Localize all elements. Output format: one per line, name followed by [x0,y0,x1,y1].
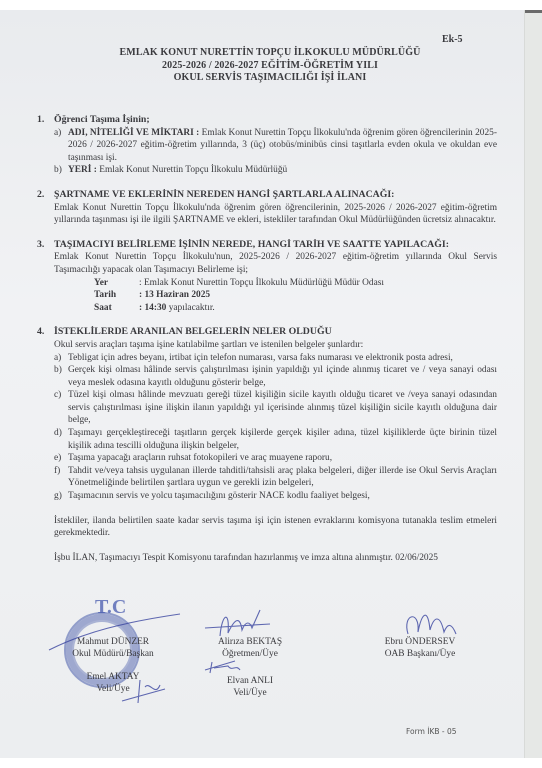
list-item: b)Gerçek kişi olması hâlinde servis çalı… [54,364,497,389]
closing-paragraph: İstekliler, ilanda belirtilen saate kada… [54,515,497,540]
title-line-2: 2025-2026 / 2026-2027 EĞİTİM-ÖĞRETİM YIL… [60,60,480,73]
list-item: e)Taşıma yapacağı araçların ruhsat fotok… [54,452,497,465]
list-item: c)Tüzel kişi olması hâlinde mevzuatı ger… [54,389,497,427]
signatory-teacher: Alirıza BEKTAŞ Öğretmen/Üye [195,636,305,660]
list-item: b) YERİ : Emlak Konut Nurettin Topçu İlk… [54,164,497,177]
list-item: f)Tahdit ve/veya tahsis uygulanan illerd… [54,465,497,490]
list-item: d)Taşımayı gerçekleştireceği taşıtların … [54,427,497,452]
signature-parent-2 [200,658,250,676]
title-line-1: EMLAK KONUT NURETTİN TOPÇU İLKOKULU MÜDÜ… [60,47,480,60]
signature-principal [45,612,185,652]
signatory-parent-2: Elvan ANLI Veli/Üye [195,675,305,699]
section-text: Emlak Konut Nurettin Topçu İlkokulu'nun,… [54,251,497,276]
document-title: EMLAK KONUT NURETTİN TOPÇU İLKOKULU MÜDÜ… [60,47,480,85]
section-4: 4.İSTEKLİLERDE ARANILAN BELGELERİN NELER… [37,326,497,502]
section-heading: İSTEKLİLERDE ARANILAN BELGELERİN NELER O… [54,326,332,339]
detail-date: Tarih: 13 Haziran 2025 [94,289,497,302]
item-key: ADI, NİTELİĞİ VE MİKTARI : [68,128,199,138]
section-2: 2.ŞARTNAME VE EKLERİNİN NEREDEN HANGİ ŞA… [37,189,497,227]
section-heading: ŞARTNAME VE EKLERİNİN NEREDEN HANGİ ŞART… [54,189,394,202]
list-item: a) ADI, NİTELİĞİ VE MİKTARI : Emlak Konu… [54,127,497,165]
item-key: YERİ : [68,165,97,175]
section-intro: Okul servis araçları taşıma işine katıla… [54,339,497,352]
form-code: Form İKB - 05 [406,727,457,736]
detail-time: Saat: 14:30 yapılacaktır. [94,302,497,315]
item-text: Emlak Konut Nurettin Topçu İlkokulu Müdü… [97,165,287,175]
section-number: 1. [37,114,54,127]
signature-teacher [200,608,280,638]
signature-oab [400,604,460,640]
section-heading: TAŞIMACIYI BELİRLEME İŞİNİN NEREDE, HANG… [54,239,449,252]
list-item: a)Tebligat için adres beyanı, irtibat iç… [54,352,497,365]
document-body: 1.Öğrenci Taşıma İşinin; a) ADI, NİTELİĞ… [37,114,497,564]
approval-paragraph: İşbu İLAN, Taşımacıyı Tespit Komisyonu t… [54,552,497,565]
section-heading: Öğrenci Taşıma İşinin; [54,114,150,127]
page-edge [524,10,542,758]
section-3: 3.TAŞIMACIYI BELİRLEME İŞİNİN NEREDE, HA… [37,239,497,315]
title-line-3: OKUL SERVİS TAŞIMACILIĞI İŞİ İLANI [60,72,480,85]
section-text: Emlak Konut Nurettin Topçu İlkokulu'nda … [54,202,497,227]
page-edge-shadow [525,10,542,13]
annex-label: Ek-5 [442,34,463,45]
section-1: 1.Öğrenci Taşıma İşinin; a) ADI, NİTELİĞ… [37,114,497,177]
list-item: g)Taşımacının servis ve yolcu taşımacılı… [54,490,497,503]
signature-parent-1 [120,675,170,705]
detail-location: Yer: Emlak Konut Nurettin Topçu İlkokulu… [94,277,497,290]
